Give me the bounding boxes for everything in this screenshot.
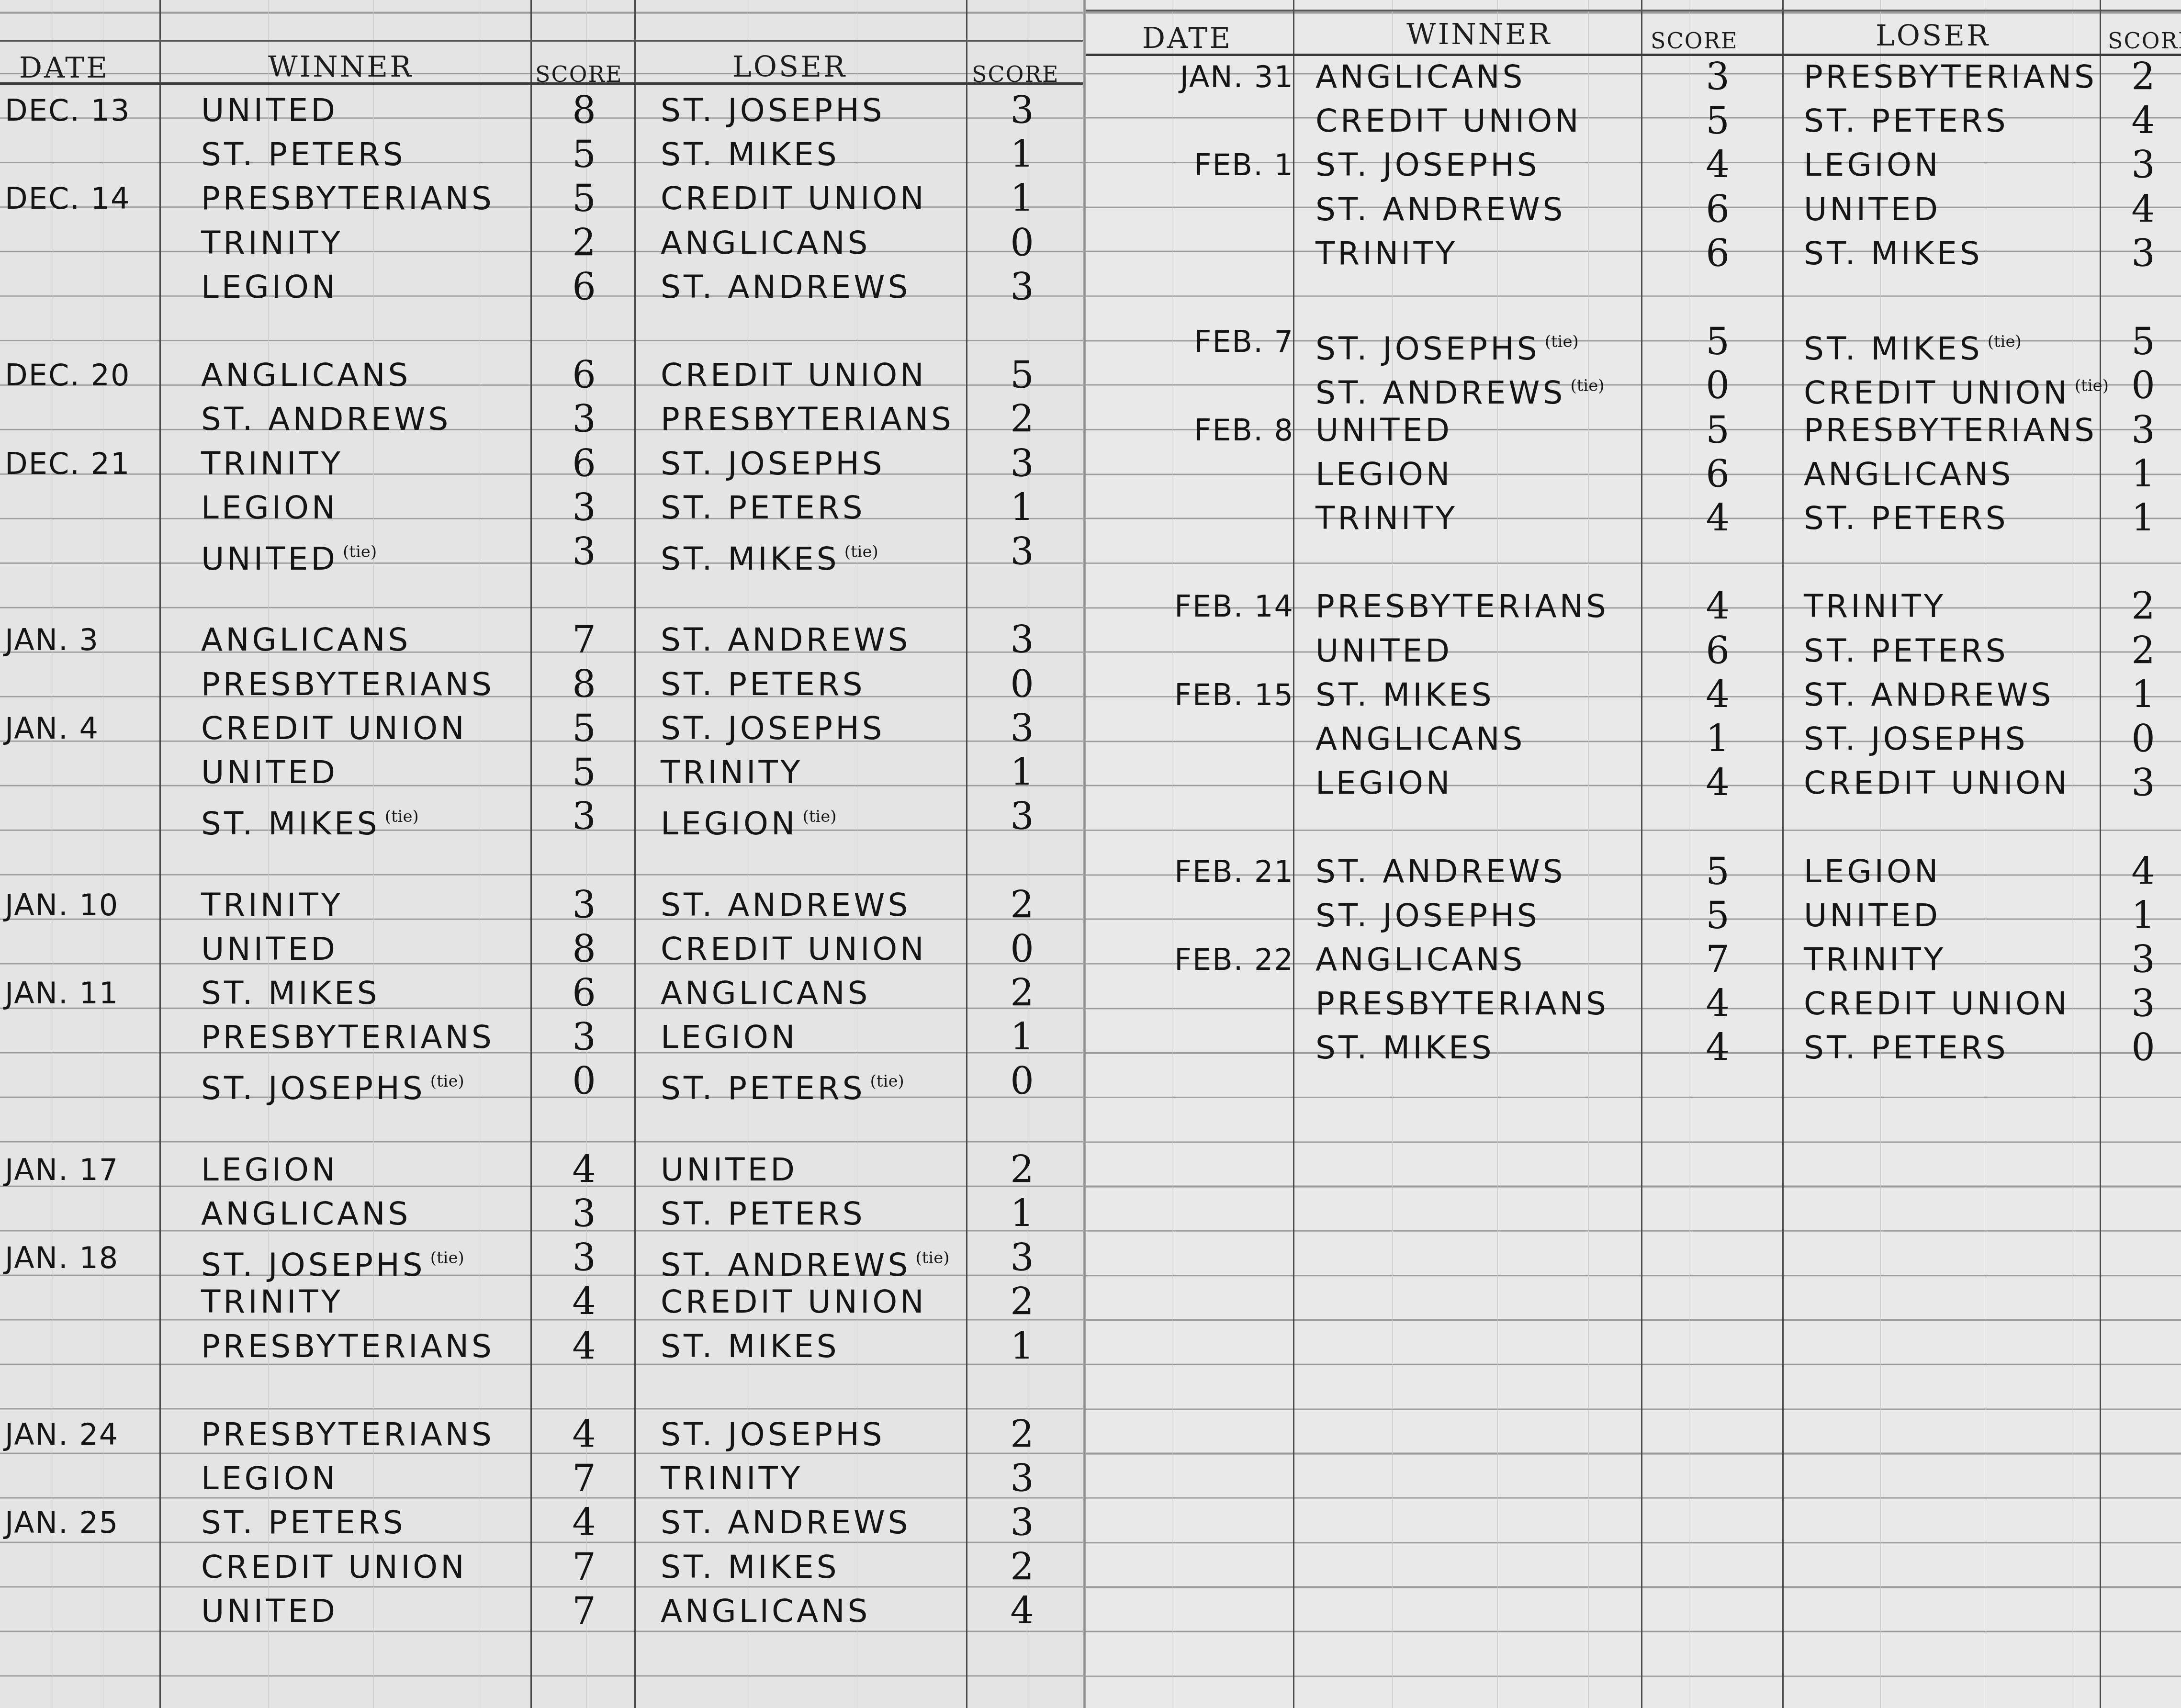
game-date: FEB. 15	[1131, 673, 1294, 717]
game-date	[1131, 99, 1294, 143]
game-date	[5, 397, 158, 441]
loser-team: ST. PETERS	[661, 486, 967, 530]
loser-team: ST. JOSEPHS	[661, 1413, 967, 1457]
loser-team: CREDIT UNION	[661, 353, 967, 397]
loser-team: ST. ANDREWS	[661, 265, 967, 309]
loser-score: 2	[2105, 629, 2181, 673]
loser-team: ST. JOSEPHS	[661, 442, 967, 486]
winner-team: LEGION	[201, 265, 527, 309]
game-row: UNITED7ANGLICANS4	[0, 1589, 1084, 1633]
tie-marker: (tie)	[430, 1072, 464, 1091]
loser-team: UNITED	[1804, 188, 2105, 232]
winner-team: ANGLICANS	[201, 353, 527, 397]
winner-team: TRINITY	[201, 442, 527, 486]
loser-score: 3	[969, 795, 1075, 839]
winner-team: ANGLICANS	[1315, 938, 1651, 982]
loser-score: 1	[969, 1325, 1075, 1369]
game-row: JAN. 17LEGION4UNITED2	[0, 1148, 1084, 1192]
loser-team: CREDIT UNION	[1804, 982, 2105, 1026]
winner-team: PRESBYTERIANS	[1315, 982, 1651, 1026]
winner-team: ST. ANDREWS(tie)	[1315, 364, 1651, 408]
winner-team: CREDIT UNION	[1315, 99, 1651, 143]
winner-team: ST. ANDREWS	[201, 397, 527, 441]
tie-marker: (tie)	[1988, 332, 2022, 351]
loser-score: 2	[969, 1280, 1075, 1324]
game-date	[1131, 364, 1294, 408]
winner-score: 6	[1646, 629, 1789, 673]
game-date	[1131, 629, 1294, 673]
winner-score: 4	[531, 1325, 637, 1369]
loser-score: 0	[969, 927, 1075, 971]
loser-team: ST. PETERS	[1804, 496, 2105, 540]
game-date: DEC. 20	[5, 353, 158, 397]
header-winner-right: WINNER	[1406, 20, 1551, 49]
game-date: FEB. 7	[1131, 320, 1294, 364]
winner-score: 3	[531, 1192, 637, 1236]
game-row: PRESBYTERIANS4ST. MIKES1	[0, 1325, 1084, 1369]
game-row: UNITED8CREDIT UNION0	[0, 927, 1084, 971]
winner-team: UNITED	[201, 1589, 527, 1633]
game-row: ST. MIKES4ST. PETERS0	[1086, 1026, 2181, 1070]
tie-marker: (tie)	[1570, 376, 1604, 395]
loser-score: 3	[2105, 938, 2181, 982]
winner-team: ST. JOSEPHS(tie)	[1315, 320, 1651, 364]
game-row: ANGLICANS3ST. PETERS1	[0, 1192, 1084, 1236]
loser-team: TRINITY	[661, 1457, 967, 1501]
game-date: FEB. 1	[1131, 143, 1294, 187]
winner-team: ST. ANDREWS	[1315, 188, 1651, 232]
game-row: TRINITY2ANGLICANS0	[0, 221, 1084, 265]
winner-score: 1	[1646, 717, 1789, 761]
loser-score: 4	[969, 1589, 1075, 1633]
game-row: ST. ANDREWS6UNITED4	[1086, 188, 2181, 232]
game-row: LEGION6ANGLICANS1	[1086, 452, 2181, 496]
loser-score: 2	[969, 971, 1075, 1015]
tie-marker: (tie)	[915, 1248, 949, 1268]
loser-score: 0	[969, 221, 1075, 265]
loser-score: 1	[2105, 673, 2181, 717]
loser-team: CREDIT UNION	[661, 1280, 967, 1324]
tie-marker: (tie)	[802, 807, 836, 826]
loser-score: 3	[2105, 982, 2181, 1026]
winner-score: 8	[531, 927, 637, 971]
header-date-right: DATE	[1142, 24, 1232, 53]
winner-team: UNITED	[201, 89, 527, 133]
winner-score: 3	[531, 883, 637, 927]
winner-team: ST. JOSEPHS	[1315, 894, 1651, 938]
loser-team: ST. PETERS	[1804, 1026, 2105, 1070]
loser-team: ST. MIKES(tie)	[661, 530, 967, 574]
loser-team: ANGLICANS	[661, 221, 967, 265]
winner-score: 8	[531, 89, 637, 133]
game-date	[5, 1457, 158, 1501]
game-row: TRINITY4ST. PETERS1	[1086, 496, 2181, 540]
game-date: DEC. 21	[5, 442, 158, 486]
loser-score: 5	[2105, 320, 2181, 364]
game-row: ST. MIKES(tie)3LEGION(tie)3	[0, 795, 1084, 839]
loser-team: ST. MIKES	[1804, 232, 2105, 276]
winner-score: 4	[531, 1413, 637, 1457]
winner-team: TRINITY	[1315, 496, 1651, 540]
header-winner-score-right: SCORE	[1651, 26, 1738, 55]
loser-score: 2	[969, 1413, 1075, 1457]
game-row: FEB. 14PRESBYTERIANS4TRINITY2	[1086, 584, 2181, 629]
winner-score: 7	[531, 1545, 637, 1589]
loser-score: 4	[2105, 188, 2181, 232]
game-date	[1131, 188, 1294, 232]
winner-team: ANGLICANS	[201, 1192, 527, 1236]
loser-score: 1	[2105, 894, 2181, 938]
loser-score: 3	[969, 1457, 1075, 1501]
game-date	[5, 751, 158, 795]
loser-team: LEGION	[1804, 143, 2105, 187]
game-row: LEGION4CREDIT UNION3	[1086, 761, 2181, 805]
loser-team: CREDIT UNION	[661, 927, 967, 971]
winner-team: UNITED	[1315, 408, 1651, 452]
loser-team: ST. MIKES	[661, 133, 967, 177]
winner-score: 4	[1646, 143, 1789, 187]
winner-team: TRINITY	[1315, 232, 1651, 276]
winner-score: 5	[531, 177, 637, 221]
winner-score: 5	[1646, 894, 1789, 938]
game-row: ST. JOSEPHS(tie)0ST. PETERS(tie)0	[0, 1059, 1084, 1103]
tie-marker: (tie)	[870, 1072, 904, 1091]
winner-score: 5	[531, 751, 637, 795]
winner-score: 4	[531, 1501, 637, 1545]
loser-score: 3	[969, 265, 1075, 309]
tie-marker: (tie)	[2075, 376, 2109, 395]
winner-score: 6	[531, 265, 637, 309]
game-date: FEB. 8	[1131, 408, 1294, 452]
winner-team: CREDIT UNION	[201, 707, 527, 751]
game-row: ST. JOSEPHS5UNITED1	[1086, 894, 2181, 938]
loser-score: 3	[969, 89, 1075, 133]
loser-team: TRINITY	[661, 751, 967, 795]
game-row: TRINITY4CREDIT UNION2	[0, 1280, 1084, 1324]
loser-team: ST. PETERS	[1804, 99, 2105, 143]
game-row: JAN. 18ST. JOSEPHS(tie)3ST. ANDREWS(tie)…	[0, 1236, 1084, 1280]
game-row: JAN. 3ANGLICANS7ST. ANDREWS3	[0, 618, 1084, 662]
winner-score: 6	[531, 971, 637, 1015]
winner-team: ANGLICANS	[1315, 717, 1651, 761]
game-row: JAN. 24PRESBYTERIANS4ST. JOSEPHS2	[0, 1413, 1084, 1457]
game-row: ST. PETERS5ST. MIKES1	[0, 133, 1084, 177]
game-date	[5, 927, 158, 971]
winner-team: LEGION	[1315, 761, 1651, 805]
loser-score: 0	[2105, 1026, 2181, 1070]
winner-score: 3	[531, 1236, 637, 1280]
game-row: LEGION3ST. PETERS1	[0, 486, 1084, 530]
winner-team: UNITED	[1315, 629, 1651, 673]
loser-team: ST. ANDREWS	[661, 1501, 967, 1545]
loser-score: 5	[969, 353, 1075, 397]
loser-score: 1	[2105, 496, 2181, 540]
game-date: JAN. 24	[5, 1413, 158, 1457]
game-date	[5, 663, 158, 707]
loser-score: 0	[969, 663, 1075, 707]
winner-team: UNITED(tie)	[201, 530, 527, 574]
game-row: ANGLICANS1ST. JOSEPHS0	[1086, 717, 2181, 761]
winner-score: 4	[1646, 761, 1789, 805]
game-row: DEC. 14PRESBYTERIANS5CREDIT UNION1	[0, 177, 1084, 221]
game-date: JAN. 25	[5, 1501, 158, 1545]
loser-team: ST. JOSEPHS	[1804, 717, 2105, 761]
winner-score: 7	[531, 618, 637, 662]
winner-team: ANGLICANS	[1315, 55, 1651, 99]
winner-score: 5	[1646, 320, 1789, 364]
loser-team: CREDIT UNION	[1804, 761, 2105, 805]
winner-score: 6	[1646, 232, 1789, 276]
left-page: DATE WINNER SCORE LOSER SCORE DEC. 13UNI…	[0, 0, 1084, 1708]
winner-team: ST. MIKES(tie)	[201, 795, 527, 839]
winner-team: PRESBYTERIANS	[201, 1015, 527, 1059]
winner-score: 5	[531, 707, 637, 751]
loser-score: 1	[969, 1015, 1075, 1059]
winner-score: 3	[531, 397, 637, 441]
header-loser: LOSER	[732, 53, 847, 81]
winner-score: 4	[1646, 584, 1789, 629]
winner-score: 2	[531, 221, 637, 265]
winner-score: 5	[1646, 408, 1789, 452]
loser-score: 2	[969, 883, 1075, 927]
winner-score: 3	[531, 530, 637, 574]
winner-team: LEGION	[201, 1457, 527, 1501]
winner-score: 7	[531, 1457, 637, 1501]
winner-team: TRINITY	[201, 1280, 527, 1324]
loser-score: 0	[2105, 364, 2181, 408]
winner-score: 7	[531, 1589, 637, 1633]
game-date	[1131, 761, 1294, 805]
loser-team: PRESBYTERIANS	[1804, 408, 2105, 452]
winner-score: 7	[1646, 938, 1789, 982]
loser-team: LEGION	[1804, 850, 2105, 894]
game-date: JAN. 11	[5, 971, 158, 1015]
game-date	[5, 1545, 158, 1589]
winner-score: 6	[531, 353, 637, 397]
winner-score: 3	[531, 486, 637, 530]
game-date	[1131, 717, 1294, 761]
game-date	[5, 1192, 158, 1236]
loser-team: ST. ANDREWS	[661, 883, 967, 927]
winner-score: 4	[1646, 982, 1789, 1026]
game-row: JAN. 4CREDIT UNION5ST. JOSEPHS3	[0, 707, 1084, 751]
winner-team: ST. ANDREWS	[1315, 850, 1651, 894]
winner-score: 5	[531, 133, 637, 177]
winner-score: 4	[531, 1280, 637, 1324]
loser-team: ANGLICANS	[661, 971, 967, 1015]
winner-team: ST. JOSEPHS	[1315, 143, 1651, 187]
tie-marker: (tie)	[844, 542, 878, 562]
game-date: JAN. 4	[5, 707, 158, 751]
header-winner: WINNER	[268, 53, 413, 81]
loser-score: 0	[969, 1059, 1075, 1103]
game-date: DEC. 14	[5, 177, 158, 221]
loser-score: 3	[2105, 232, 2181, 276]
loser-team: ST. JOSEPHS	[661, 89, 967, 133]
game-date: JAN. 17	[5, 1148, 158, 1192]
header-loser-right: LOSER	[1876, 22, 1990, 50]
loser-team: ST. ANDREWS	[1804, 673, 2105, 717]
loser-team: ST. ANDREWS(tie)	[661, 1236, 967, 1280]
game-row: PRESBYTERIANS8ST. PETERS0	[0, 663, 1084, 707]
game-row: CREDIT UNION5ST. PETERS4	[1086, 99, 2181, 143]
loser-team: ST. MIKES	[661, 1325, 967, 1369]
winner-score: 3	[531, 795, 637, 839]
game-date	[5, 1280, 158, 1324]
loser-team: PRESBYTERIANS	[1804, 55, 2105, 99]
game-row: UNITED6ST. PETERS2	[1086, 629, 2181, 673]
loser-score: 2	[969, 1148, 1075, 1192]
game-date	[1131, 1026, 1294, 1070]
loser-team: UNITED	[661, 1148, 967, 1192]
tie-marker: (tie)	[430, 1248, 464, 1268]
game-row: LEGION7TRINITY3	[0, 1457, 1084, 1501]
winner-team: UNITED	[201, 927, 527, 971]
loser-score: 1	[969, 177, 1075, 221]
game-date	[5, 133, 158, 177]
loser-score: 4	[2105, 99, 2181, 143]
game-date	[5, 221, 158, 265]
loser-score: 3	[969, 530, 1075, 574]
header-date: DATE	[19, 54, 109, 82]
game-date	[5, 1059, 158, 1103]
game-row: JAN. 10TRINITY3ST. ANDREWS2	[0, 883, 1084, 927]
loser-score: 1	[969, 1192, 1075, 1236]
winner-team: PRESBYTERIANS	[201, 1413, 527, 1457]
winner-score: 5	[1646, 850, 1789, 894]
header-loser-score-right: SCORE	[2108, 26, 2181, 55]
game-date: DEC. 13	[5, 89, 158, 133]
game-row: JAN. 25ST. PETERS4ST. ANDREWS3	[0, 1501, 1084, 1545]
header-winner-score: SCORE	[535, 60, 623, 89]
tie-marker: (tie)	[1545, 332, 1579, 351]
winner-team: UNITED	[201, 751, 527, 795]
loser-team: ST. JOSEPHS	[661, 707, 967, 751]
game-row: FEB. 21ST. ANDREWS5LEGION4	[1086, 850, 2181, 894]
loser-team: TRINITY	[1804, 938, 2105, 982]
loser-team: ST. PETERS	[661, 663, 967, 707]
loser-score: 2	[2105, 55, 2181, 99]
winner-score: 8	[531, 663, 637, 707]
loser-score: 3	[969, 707, 1075, 751]
loser-score: 0	[2105, 717, 2181, 761]
game-date: JAN. 31	[1131, 55, 1294, 99]
winner-score: 3	[1646, 55, 1789, 99]
game-date: JAN. 3	[5, 618, 158, 662]
game-row: DEC. 13UNITED8ST. JOSEPHS3	[0, 89, 1084, 133]
game-date: FEB. 21	[1131, 850, 1294, 894]
winner-score: 6	[1646, 452, 1789, 496]
loser-score: 2	[969, 1545, 1075, 1589]
loser-score: 1	[969, 133, 1075, 177]
winner-team: PRESBYTERIANS	[1315, 584, 1651, 629]
winner-score: 4	[1646, 673, 1789, 717]
loser-team: PRESBYTERIANS	[661, 397, 967, 441]
loser-team: ST. MIKES	[661, 1545, 967, 1589]
game-date	[1131, 982, 1294, 1026]
winner-team: PRESBYTERIANS	[201, 1325, 527, 1369]
winner-score: 4	[531, 1148, 637, 1192]
loser-score: 3	[969, 1501, 1075, 1545]
game-date	[1131, 496, 1294, 540]
loser-score: 1	[969, 751, 1075, 795]
loser-team: ANGLICANS	[661, 1589, 967, 1633]
winner-team: PRESBYTERIANS	[201, 177, 527, 221]
game-date	[5, 530, 158, 574]
loser-score: 1	[969, 486, 1075, 530]
game-date: FEB. 22	[1131, 938, 1294, 982]
winner-team: ST. MIKES	[1315, 673, 1651, 717]
loser-team: ST. PETERS	[1804, 629, 2105, 673]
winner-team: CREDIT UNION	[201, 1545, 527, 1589]
loser-score: 2	[2105, 584, 2181, 629]
game-date	[5, 486, 158, 530]
winner-team: ST. MIKES	[201, 971, 527, 1015]
loser-team: ANGLICANS	[1804, 452, 2105, 496]
loser-score: 3	[969, 1236, 1075, 1280]
game-date	[5, 1589, 158, 1633]
winner-score: 6	[1646, 188, 1789, 232]
loser-team: CREDIT UNION	[661, 177, 967, 221]
loser-team: CREDIT UNION(tie)	[1804, 364, 2105, 408]
loser-team: TRINITY	[1804, 584, 2105, 629]
loser-team: ST. ANDREWS	[661, 618, 967, 662]
game-row: FEB. 8UNITED5PRESBYTERIANS3	[1086, 408, 2181, 452]
right-page: DATE WINNER SCORE LOSER SCORE JAN. 31ANG…	[1086, 0, 2181, 1708]
game-row: UNITED5TRINITY1	[0, 751, 1084, 795]
tie-marker: (tie)	[385, 807, 419, 826]
game-row: CREDIT UNION7ST. MIKES2	[0, 1545, 1084, 1589]
loser-team: LEGION	[661, 1015, 967, 1059]
winner-score: 5	[1646, 99, 1789, 143]
game-date	[5, 795, 158, 839]
game-row: JAN. 31ANGLICANS3PRESBYTERIANS2	[1086, 55, 2181, 99]
loser-team: ST. PETERS	[661, 1192, 967, 1236]
header-loser-score: SCORE	[972, 60, 1059, 89]
winner-team: ST. JOSEPHS(tie)	[201, 1059, 527, 1103]
game-row: FEB. 7ST. JOSEPHS(tie)5ST. MIKES(tie)5	[1086, 320, 2181, 364]
loser-score: 3	[2105, 761, 2181, 805]
winner-team: ST. JOSEPHS(tie)	[201, 1236, 527, 1280]
winner-team: ST. PETERS	[201, 133, 527, 177]
winner-score: 4	[1646, 496, 1789, 540]
game-date	[1131, 894, 1294, 938]
game-date	[5, 265, 158, 309]
game-row: TRINITY6ST. MIKES3	[1086, 232, 2181, 276]
loser-score: 3	[969, 442, 1075, 486]
game-row: DEC. 20ANGLICANS6CREDIT UNION5	[0, 353, 1084, 397]
game-row: FEB. 1ST. JOSEPHS4LEGION3	[1086, 143, 2181, 187]
loser-team: ST. PETERS(tie)	[661, 1059, 967, 1103]
game-date: FEB. 14	[1131, 584, 1294, 629]
winner-team: TRINITY	[201, 221, 527, 265]
winner-team: PRESBYTERIANS	[201, 663, 527, 707]
winner-score: 6	[531, 442, 637, 486]
game-date	[1131, 232, 1294, 276]
game-row: UNITED(tie)3ST. MIKES(tie)3	[0, 530, 1084, 574]
game-row: JAN. 11ST. MIKES6ANGLICANS2	[0, 971, 1084, 1015]
loser-score: 3	[969, 618, 1075, 662]
game-date: JAN. 10	[5, 883, 158, 927]
loser-score: 3	[2105, 408, 2181, 452]
loser-score: 2	[969, 397, 1075, 441]
game-row: ST. ANDREWS3PRESBYTERIANS2	[0, 397, 1084, 441]
winner-team: ST. PETERS	[201, 1501, 527, 1545]
winner-score: 4	[1646, 1026, 1789, 1070]
loser-team: UNITED	[1804, 894, 2105, 938]
game-row: FEB. 22ANGLICANS7TRINITY3	[1086, 938, 2181, 982]
winner-team: ANGLICANS	[201, 618, 527, 662]
